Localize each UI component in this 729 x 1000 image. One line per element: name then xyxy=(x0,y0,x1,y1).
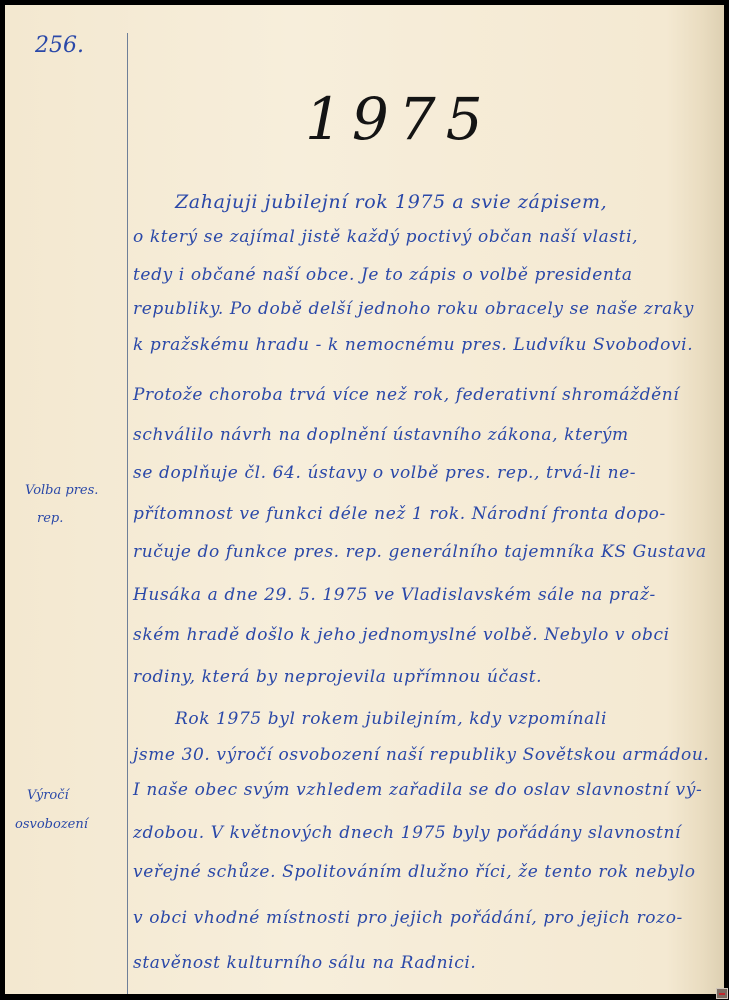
body-line: veřejné schůze. Spolitováním dlužno říci… xyxy=(133,862,696,882)
body-line: jsme 30. výročí osvobození naší republik… xyxy=(133,745,709,765)
collapse-icon[interactable] xyxy=(716,988,728,999)
body-line: se doplňuje čl. 64. ústavy o volbě pres.… xyxy=(133,463,636,483)
body-line: rodiny, která by neprojevila upřímnou úč… xyxy=(133,667,542,687)
body-line: ském hradě došlo k jeho jednomyslné volb… xyxy=(133,625,670,645)
margin-note-anniversary-line-1: Výročí xyxy=(27,788,69,803)
body-line: Protože choroba trvá více než rok, feder… xyxy=(133,385,679,405)
body-line: o který se zajímal jistě každý poctivý o… xyxy=(133,227,638,247)
body-line: ručuje do funkce pres. rep. generálního … xyxy=(133,542,707,562)
body-line: Husáka a dne 29. 5. 1975 ve Vladislavské… xyxy=(133,585,656,605)
margin-note-election-line-2: rep. xyxy=(37,511,63,526)
body-line: I naše obec svým vzhledem zařadila se do… xyxy=(133,780,702,800)
margin-rule xyxy=(127,33,128,994)
body-line: přítomnost ve funkci déle než 1 rok. Nár… xyxy=(133,504,666,524)
body-line: tedy i občané naší obce. Je to zápis o v… xyxy=(133,265,633,285)
body-line: stavěnost kulturního sálu na Radnici. xyxy=(133,953,476,973)
year-heading: 1975 xyxy=(305,85,493,153)
margin-note-election-line-1: Volba pres. xyxy=(25,483,98,498)
body-line: k pražskému hradu - k nemocnému pres. Lu… xyxy=(133,335,693,355)
margin-note-anniversary-line-2: osvobození xyxy=(15,817,88,832)
page-number: 256. xyxy=(35,33,84,58)
body-line: schválilo návrh na doplnění ústavního zá… xyxy=(133,425,629,445)
body-line: v obci vhodné místnosti pro jejich pořád… xyxy=(133,908,683,928)
body-line: Zahajuji jubilejní rok 1975 a svie zápis… xyxy=(175,191,607,213)
ledger-page: 256. 1975 Volba pres. rep. Výročí osvobo… xyxy=(5,5,724,994)
body-line: republiky. Po době delší jednoho roku ob… xyxy=(133,299,694,319)
body-line: Rok 1975 byl rokem jubilejním, kdy vzpom… xyxy=(175,709,607,729)
body-line: zdobou. V květnových dnech 1975 byly poř… xyxy=(133,823,681,843)
